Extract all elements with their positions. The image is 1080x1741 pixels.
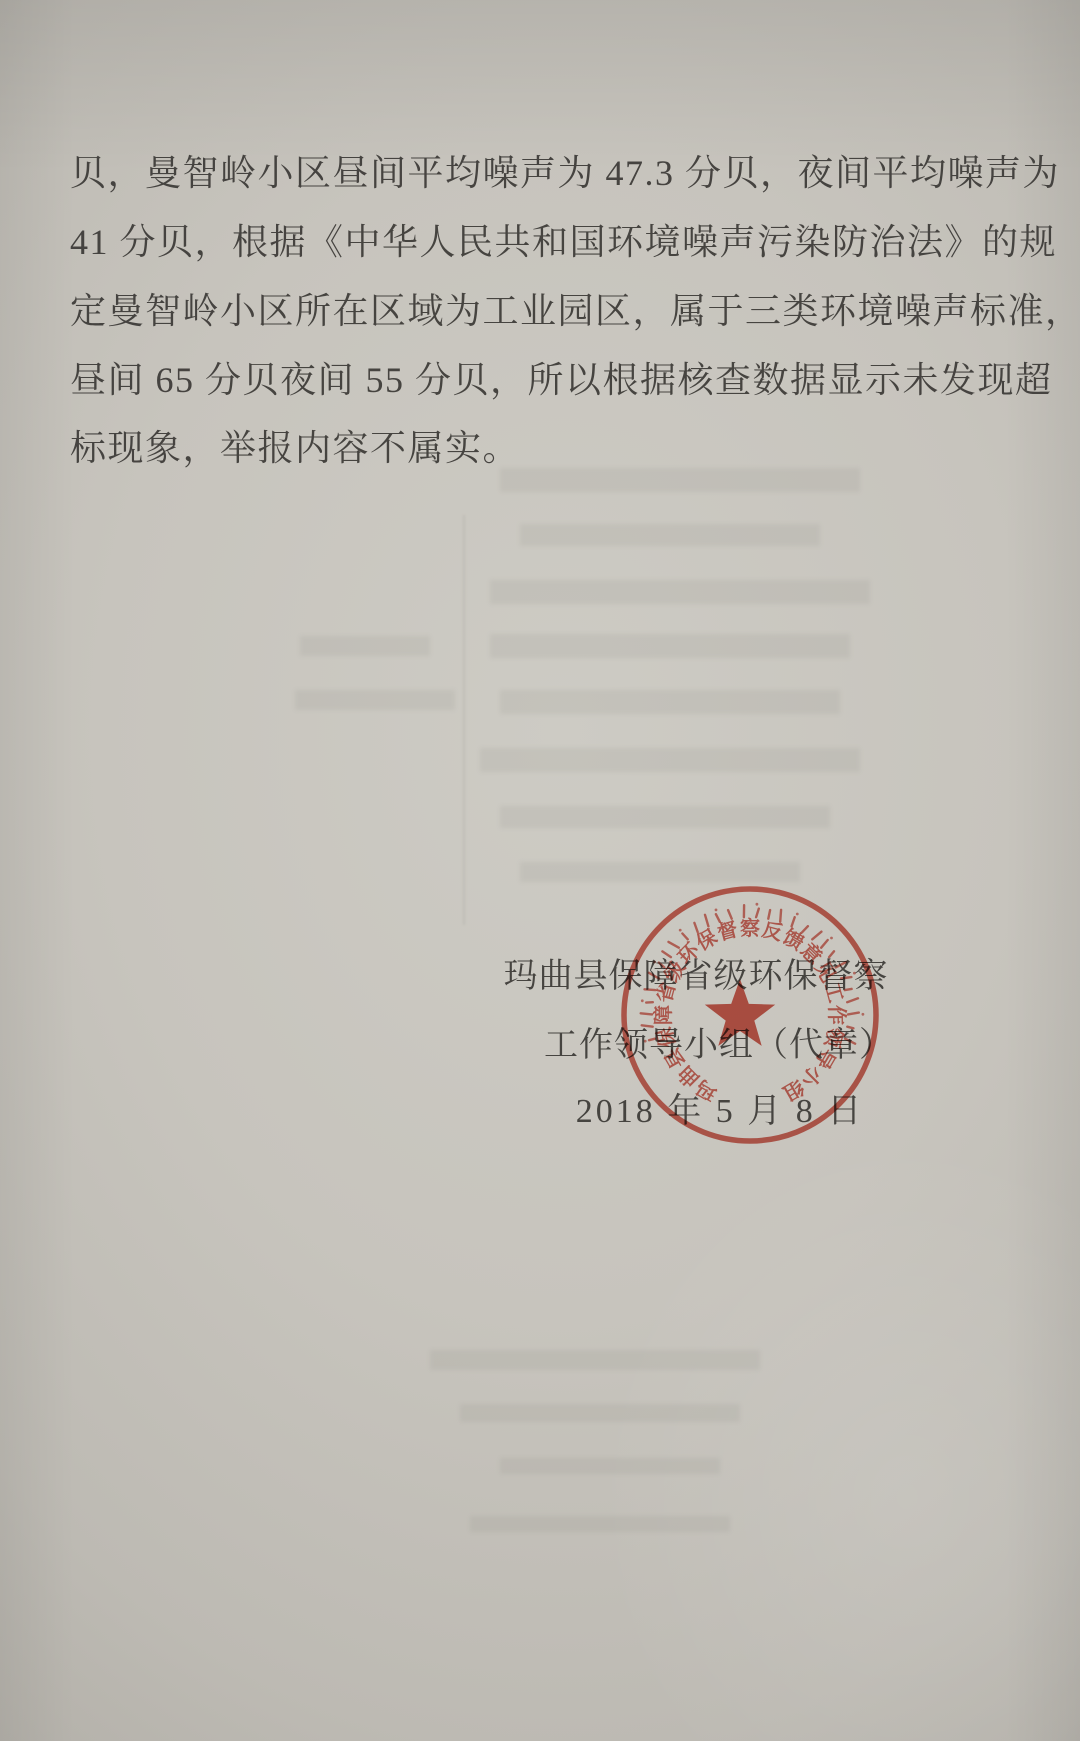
bleed-through-ghost — [500, 1458, 720, 1474]
bleed-through-ghost — [470, 1516, 730, 1532]
body-line-5: 标现象，举报内容不属实。 — [70, 428, 1030, 468]
bleed-through-ghost — [300, 636, 430, 656]
bleed-through-ghost — [430, 1350, 760, 1370]
bleed-through-ghost — [490, 634, 850, 658]
body-line-3: 定曼智岭小区所在区域为工业园区，属于三类环境噪声标准， — [70, 291, 1030, 331]
bleed-through-ghost — [500, 468, 860, 492]
official-red-seal-stamp: 玛曲县保障省级环保督察反馈意见工作领导小组 — [590, 855, 910, 1175]
bleed-through-ghost — [520, 524, 820, 546]
bleed-through-ghost — [500, 690, 840, 714]
bleed-through-ghost — [463, 515, 465, 925]
svg-text:察: 察 — [740, 916, 760, 940]
document-photo: 贝，曼智岭小区昼间平均噪声为 47.3 分贝，夜间平均噪声为 41 分贝，根据《… — [0, 0, 1080, 1741]
bleed-through-ghost — [460, 1404, 740, 1422]
bleed-through-ghost — [295, 690, 455, 710]
svg-text:工: 工 — [820, 980, 846, 1005]
body-line-2: 41 分贝，根据《中华人民共和国环境噪声污染防治法》的规 — [70, 222, 1030, 262]
bleed-through-ghost — [480, 748, 860, 772]
bleed-through-ghost — [490, 580, 870, 604]
body-line-4: 昼间 65 分贝夜间 55 分贝，所以根据核查数据显示未发现超 — [70, 360, 1030, 400]
svg-text:作: 作 — [825, 1005, 849, 1025]
bleed-through-ghost — [500, 806, 830, 828]
body-line-1: 贝，曼智岭小区昼间平均噪声为 47.3 分贝，夜间平均噪声为 — [70, 153, 1030, 193]
svg-text:障: 障 — [651, 1005, 675, 1025]
